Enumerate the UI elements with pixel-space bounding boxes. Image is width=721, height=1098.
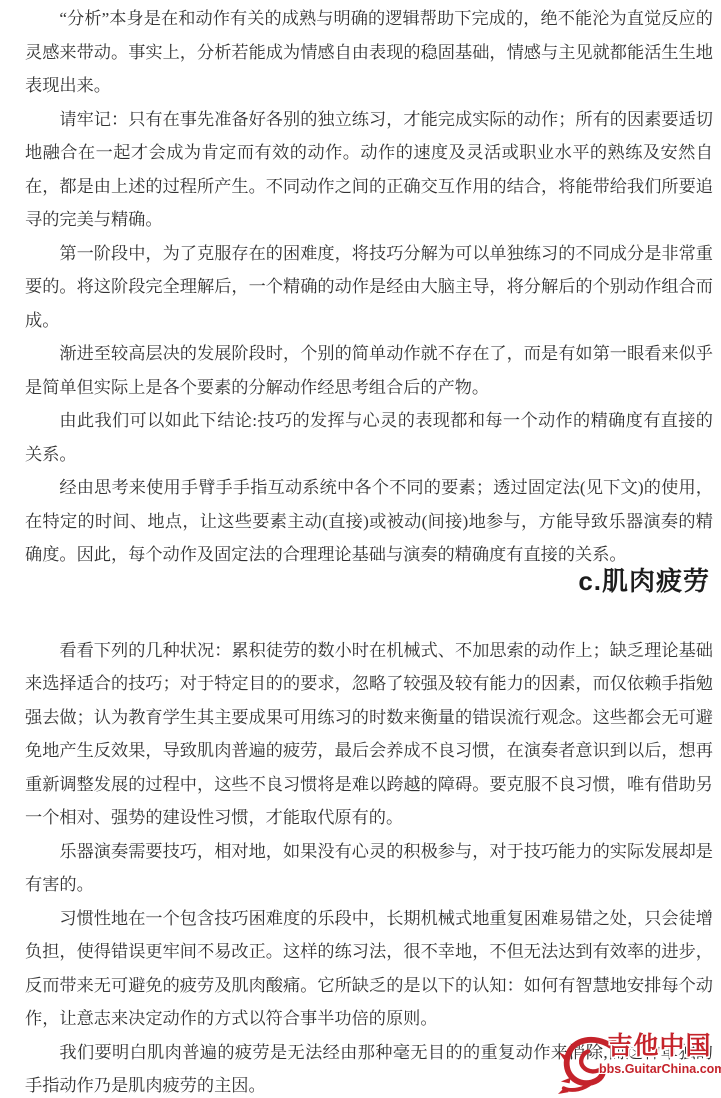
body-paragraph-remember: 请牢记：只有在事先准备好各别的独立练习，才能完成实际的动作；所有的因素要适切地融… [25, 103, 713, 237]
body-paragraph-mind-participation: 乐器演奏需要技巧，相对地，如果没有心灵的积极参与，对于技巧能力的实际发展却是有害… [25, 835, 713, 902]
body-paragraph-analysis: “分析”本身是在和动作有关的成熟与明确的逻辑帮助下完成的，绝不能沦为直觉反应的灵… [25, 2, 713, 103]
body-paragraph-first-stage: 第一阶段中，为了克服存在的困难度，将技巧分解为可以单独练习的不同成分是非常重要的… [25, 237, 713, 338]
body-paragraph-conclusion: 由此我们可以如此下结论:技巧的发挥与心灵的表现都和每一个动作的精确度有直接的关系… [25, 404, 713, 471]
body-paragraph-situations: 看看下列的几种状况：累积徒劳的数小时在机械式、不加思索的动作上；缺乏理论基础来选… [25, 634, 713, 835]
body-paragraph-repetition: 习惯性地在一个包含技巧困难度的乐段中，长期机械式地重复困难易错之处，只会徒增负担… [25, 902, 713, 1036]
document-page: “分析”本身是在和动作有关的成熟与明确的逻辑帮助下完成的，绝不能沦为直觉反应的灵… [0, 0, 721, 1098]
body-paragraph-fixation-method: 经由思考来使用手臂手手指互动系统中各个不同的要素；透过固定法(见下文)的使用，在… [25, 471, 713, 572]
body-paragraph-main-cause: 我们要明白肌肉普遍的疲劳是无法经由那种毫无目的的重复动作来消除,而这种单独的手指… [25, 1036, 713, 1098]
body-paragraph-progression: 渐进至较高层决的发展阶段时，个别的简单动作就不存在了，而是有如第一眼看来似乎是简… [25, 337, 713, 404]
